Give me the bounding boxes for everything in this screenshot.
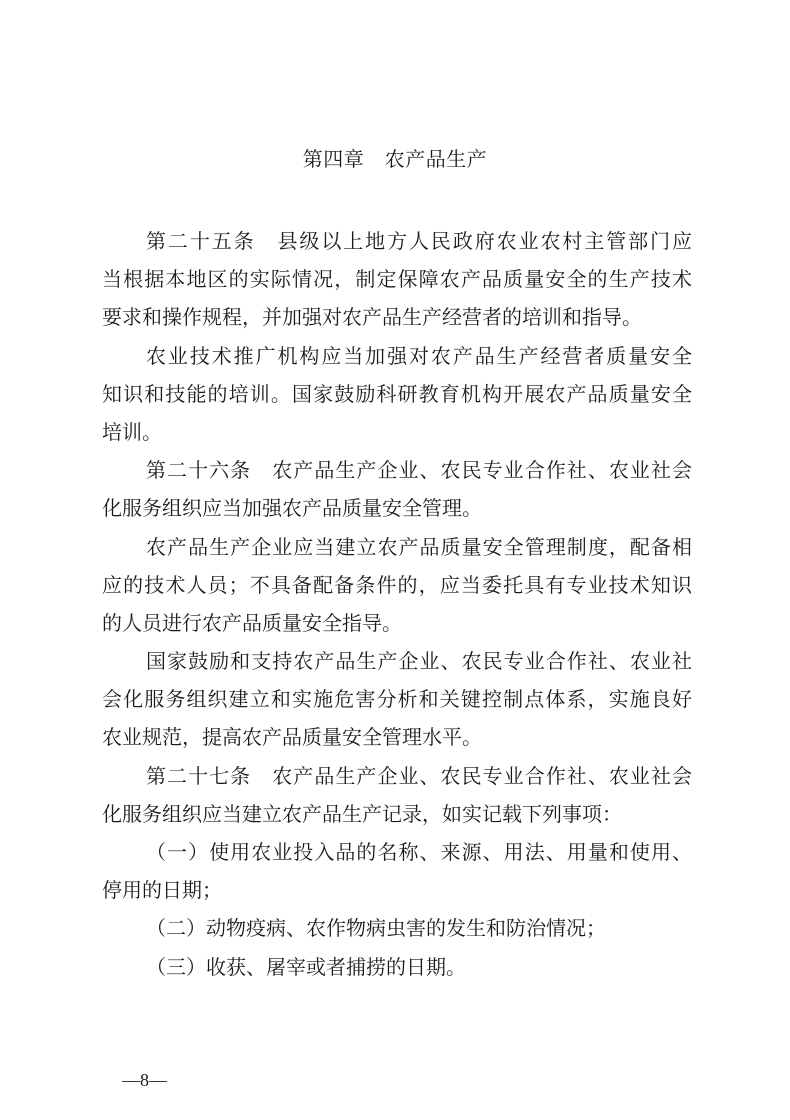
paragraph-haccp: 国家鼓励和支持农产品生产企业、农民专业合作社、农业社 会化服务组织建立和实施危害…	[102, 642, 692, 757]
article-27-line-1: 第二十七条 农产品生产企业、农民专业合作社、农业社会	[102, 757, 692, 795]
list-item-1: （一）使用农业投入品的名称、来源、用法、用量和使用、 停用的日期；	[102, 833, 692, 909]
article-25: 第二十五条 县级以上地方人民政府农业农村主管部门应 当根据本地区的实际情况，制定…	[102, 222, 692, 337]
paragraph-management-system: 农产品生产企业应当建立农产品质量安全管理制度，配备相 应的技术人员；不具备配备条…	[102, 528, 692, 643]
article-27-line-2: 化服务组织应当建立农产品生产记录，如实记载下列事项：	[102, 795, 692, 833]
chapter-title: 第四章 农产品生产	[0, 144, 790, 174]
article-26-line-2: 化服务组织应当加强农产品质量安全管理。	[102, 489, 692, 527]
article-25-line-2: 当根据本地区的实际情况，制定保障农产品质量安全的生产技术	[102, 260, 692, 298]
article-25-line-3: 要求和操作规程，并加强对农产品生产经营者的培训和指导。	[102, 298, 692, 336]
paragraph-line-1: 国家鼓励和支持农产品生产企业、农民专业合作社、农业社	[102, 642, 692, 680]
document-page: 第四章 农产品生产 第二十五条 县级以上地方人民政府农业农村主管部门应 当根据本…	[0, 0, 790, 1120]
list-item-2-line-1: （二）动物疫病、农作物病虫害的发生和防治情况；	[102, 909, 692, 947]
article-26: 第二十六条 农产品生产企业、农民专业合作社、农业社会 化服务组织应当加强农产品质…	[102, 451, 692, 527]
article-25-line-1: 第二十五条 县级以上地方人民政府农业农村主管部门应	[102, 222, 692, 260]
list-item-3-line-1: （三）收获、屠宰或者捕捞的日期。	[102, 948, 692, 986]
paragraph-tech-extension: 农业技术推广机构应当加强对农产品生产经营者质量安全 知识和技能的培训。国家鼓励科…	[102, 337, 692, 452]
paragraph-line-3: 农业规范，提高农产品质量安全管理水平。	[102, 718, 692, 756]
article-26-line-1: 第二十六条 农产品生产企业、农民专业合作社、农业社会	[102, 451, 692, 489]
paragraph-line-2: 会化服务组织建立和实施危害分析和关键控制点体系，实施良好	[102, 680, 692, 718]
list-item-1-line-2: 停用的日期；	[102, 871, 692, 909]
paragraph-line-1: 农业技术推广机构应当加强对农产品生产经营者质量安全	[102, 337, 692, 375]
page-number: —8—	[122, 1068, 167, 1092]
list-item-3: （三）收获、屠宰或者捕捞的日期。	[102, 948, 692, 986]
paragraph-line-3: 培训。	[102, 413, 692, 451]
paragraph-line-1: 农产品生产企业应当建立农产品质量安全管理制度，配备相	[102, 528, 692, 566]
article-27: 第二十七条 农产品生产企业、农民专业合作社、农业社会 化服务组织应当建立农产品生…	[102, 757, 692, 833]
list-item-2: （二）动物疫病、农作物病虫害的发生和防治情况；	[102, 909, 692, 947]
list-item-1-line-1: （一）使用农业投入品的名称、来源、用法、用量和使用、	[102, 833, 692, 871]
body-text: 第二十五条 县级以上地方人民政府农业农村主管部门应 当根据本地区的实际情况，制定…	[102, 222, 692, 986]
paragraph-line-2: 应的技术人员；不具备配备条件的，应当委托具有专业技术知识	[102, 566, 692, 604]
paragraph-line-2: 知识和技能的培训。国家鼓励科研教育机构开展农产品质量安全	[102, 375, 692, 413]
paragraph-line-3: 的人员进行农产品质量安全指导。	[102, 604, 692, 642]
